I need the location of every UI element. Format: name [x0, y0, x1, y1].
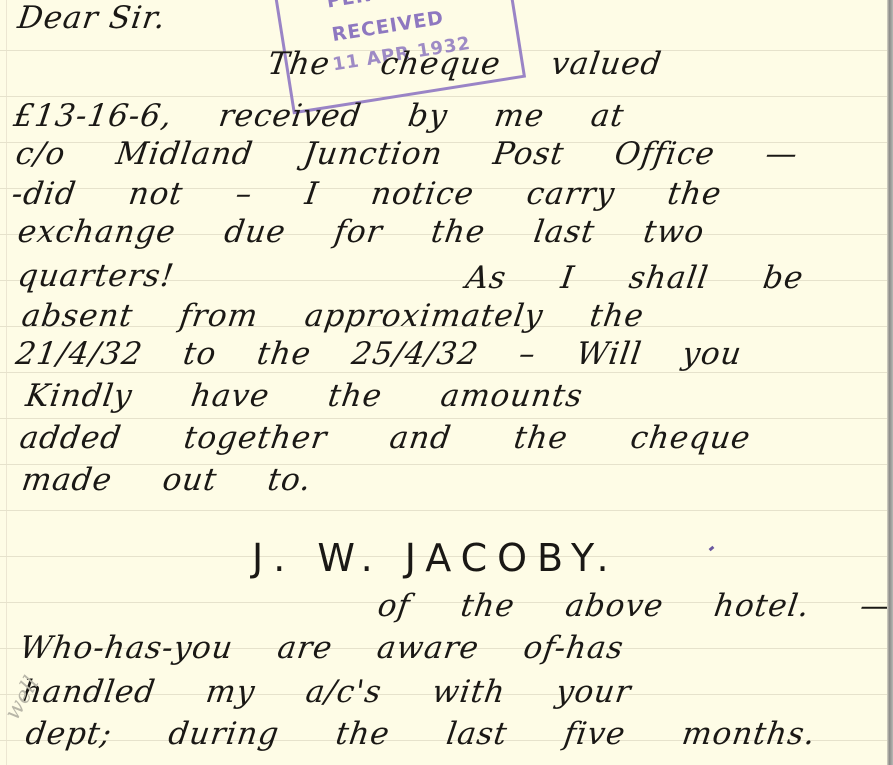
letter-line: added together and the cheque: [17, 420, 753, 456]
ink-mark: [709, 546, 715, 552]
letter-line: made out to.: [19, 462, 313, 498]
ruled-line: [0, 510, 887, 511]
ruled-line: [0, 372, 887, 373]
letter-line: 21/4/32 to the 25/4/32 – Will you: [13, 336, 744, 372]
letter-line: £13-16-6, received by me at: [11, 98, 626, 134]
ruled-line: [0, 418, 887, 419]
letter-line: absent from approximately the: [19, 298, 646, 334]
letter-line: The cheque valued: [265, 46, 664, 82]
margin-line: [6, 0, 7, 765]
closing-line: Who-has-you are aware of-has: [17, 630, 626, 666]
payee-name: J. W. JACOBY.: [252, 536, 619, 580]
stamp-city: PERTH: [325, 0, 402, 13]
letter-line: As I shall be: [463, 260, 806, 296]
letter-line: c/o Midland Junction Post Office —: [13, 136, 800, 172]
salutation: Dear Sir.: [15, 0, 168, 36]
payee-note: of the above hotel. —: [375, 588, 893, 624]
letter-page: PERTH RECEIVED 11 APR 1932 Dear Sir. The…: [0, 0, 893, 765]
letter-line: exchange due for the last two: [15, 214, 706, 250]
letter-line: -did not – I notice carry the: [9, 176, 724, 212]
page-edge: [887, 0, 893, 765]
closing-line: handled my a/c's with your: [19, 674, 633, 710]
letter-line: Kindly have the amounts: [23, 378, 585, 414]
closing-line: dept; during the last five months.: [23, 716, 818, 752]
letter-line: quarters!: [15, 258, 176, 294]
ruled-line: [0, 96, 887, 97]
